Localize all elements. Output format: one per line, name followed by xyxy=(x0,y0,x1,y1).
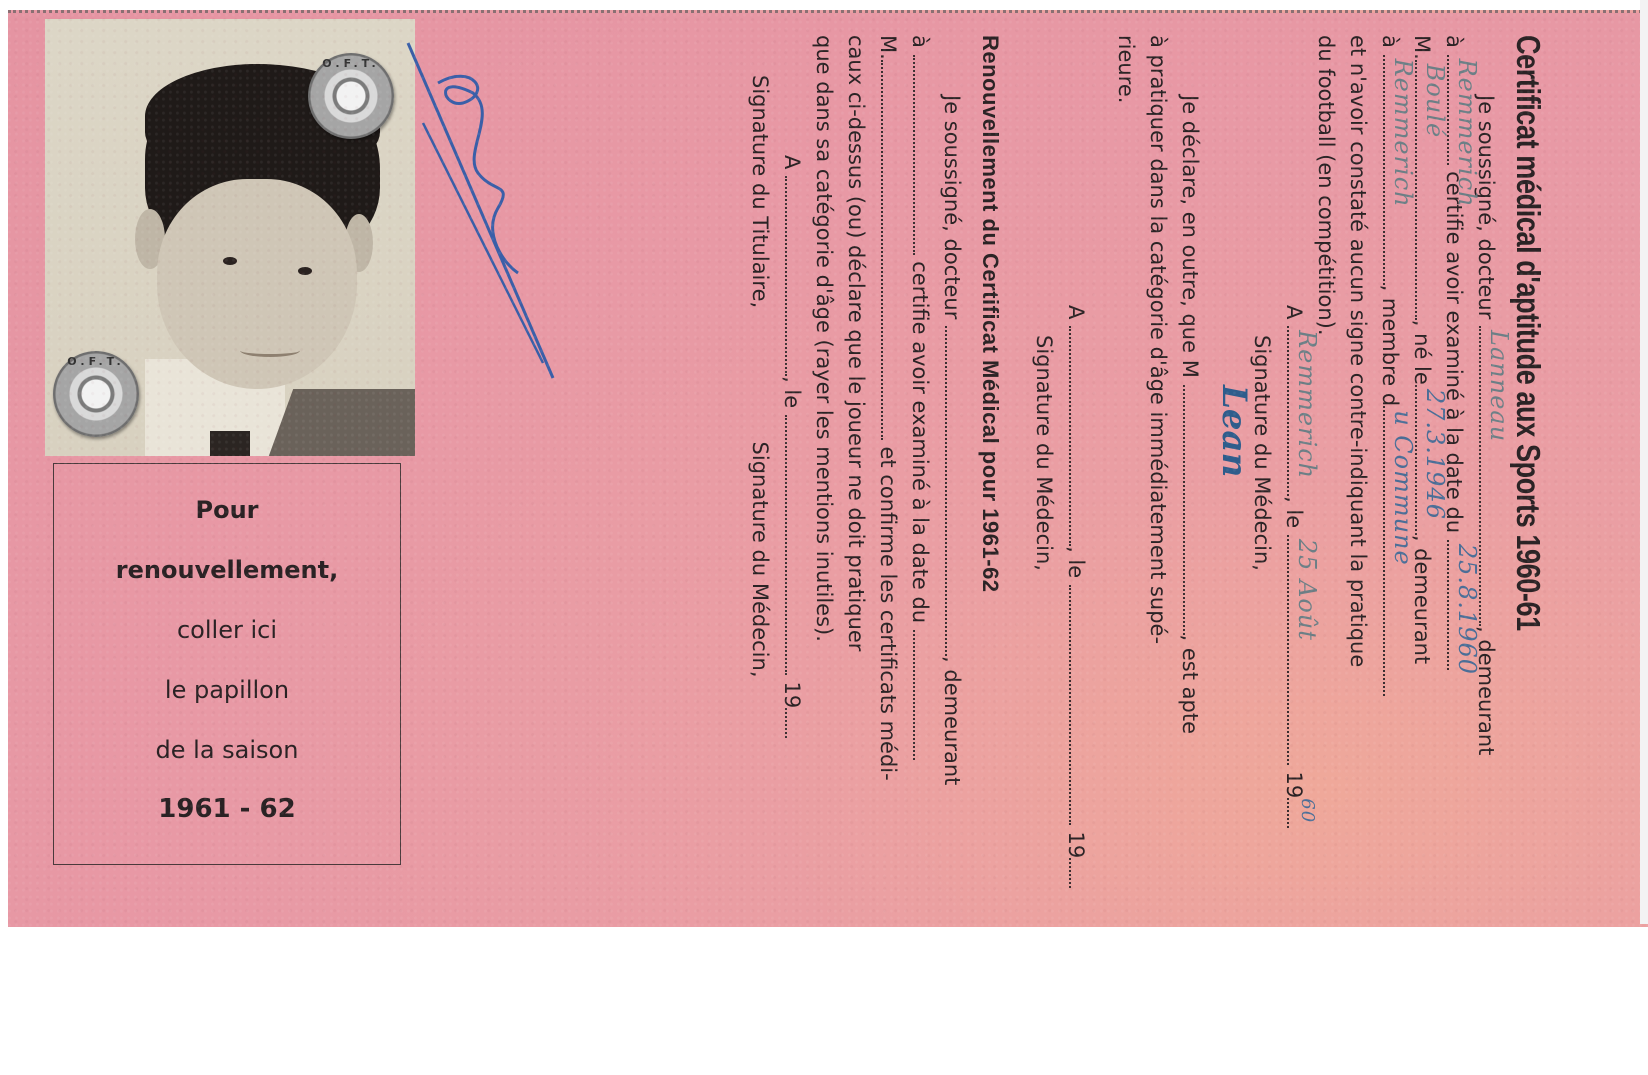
form-line: M. et confirme les certificats médi- xyxy=(872,35,904,875)
renew-box-line: Pour xyxy=(54,496,400,524)
form-line: Je soussigné, docteur , demeurant xyxy=(936,35,968,875)
form-line: à pratiquer dans la catégorie d'âge immé… xyxy=(1142,35,1174,875)
form-line: à Remmerich, membre du Commune xyxy=(1374,35,1406,875)
declaration-year-field[interactable] xyxy=(1069,858,1091,888)
certificate-form: Certificat médical d'aptitude aux Sports… xyxy=(518,35,1548,875)
scan-edge xyxy=(1640,0,1648,924)
form-line: A , le 19 xyxy=(1060,35,1092,875)
form-line: à certifie avoir examiné à la date du xyxy=(904,35,936,875)
form-line: rieure. xyxy=(1110,35,1142,875)
renew-box-line: de la saison xyxy=(54,736,400,764)
exam-date-field[interactable]: 25.8.1960 xyxy=(1447,540,1469,670)
renewal-doctor-signature-label: Signature du Médecin, xyxy=(748,442,772,678)
renewal-title: Renouvellement du Certificat Médical pou… xyxy=(974,35,1006,875)
declaration-signature-label: Signature du Médecin, xyxy=(1032,335,1056,571)
club-field[interactable]: u Commune xyxy=(1383,406,1405,696)
form-line: caux ci-dessus (ou) déclare que le joueu… xyxy=(840,35,872,875)
renew-box-season: 1961 - 62 xyxy=(54,794,400,824)
form-line: que dans sa catégorie d'âge (rayer les m… xyxy=(808,35,840,875)
form-line: Signature du Médecin, xyxy=(1028,35,1060,875)
renewal-player-field[interactable] xyxy=(881,60,903,440)
form-line: A Remmerich, le 25 Août 1960 xyxy=(1278,35,1310,875)
renewal-sticker-box: Pour renouvellement, coller ici le papil… xyxy=(53,463,401,865)
form-line: Je déclare, en outre, que M , est apte xyxy=(1174,35,1206,875)
medical-certificate-card: O.F.T. O.F.T. Pour renouvellement, colle… xyxy=(8,10,1648,924)
rotated-form-region: Certificat médical d'aptitude aux Sports… xyxy=(518,35,1558,924)
renewal-place-field[interactable] xyxy=(785,176,807,376)
declaration-date-field[interactable] xyxy=(1069,585,1091,825)
renewal-exam-date-field[interactable] xyxy=(913,630,935,760)
form-line: Signature du Titulaire, Signature du Méd… xyxy=(744,35,776,875)
form-line: et n'avoir constaté aucun signe contre-i… xyxy=(1342,35,1374,875)
signing-year-field[interactable]: 60 xyxy=(1287,798,1309,828)
rivet-icon: O.F.T. xyxy=(308,53,394,139)
renewal-date-field[interactable] xyxy=(785,415,807,675)
renew-box-line: renouvellement, xyxy=(54,556,400,584)
player-city-field[interactable]: Remmerich xyxy=(1383,55,1405,285)
renewal-year-field[interactable] xyxy=(785,708,807,738)
renewal-doctor-field[interactable] xyxy=(945,326,967,656)
holder-signature-label: Signature du Titulaire, xyxy=(748,75,772,308)
renew-box-line: le papillon xyxy=(54,676,400,704)
form-line: A , le 19 xyxy=(776,35,808,875)
rivet-icon: O.F.T. xyxy=(53,351,139,437)
renew-box-line: coller ici xyxy=(54,616,400,644)
declaration-place-field[interactable] xyxy=(1069,326,1091,546)
signing-place-field[interactable]: Remmerich xyxy=(1287,326,1309,496)
doctor-signature: Lean xyxy=(1218,385,1250,477)
renewal-city-field[interactable] xyxy=(913,55,935,255)
declaration-player-field[interactable] xyxy=(1183,385,1205,635)
signing-date-field[interactable]: 25 Août xyxy=(1287,535,1309,765)
